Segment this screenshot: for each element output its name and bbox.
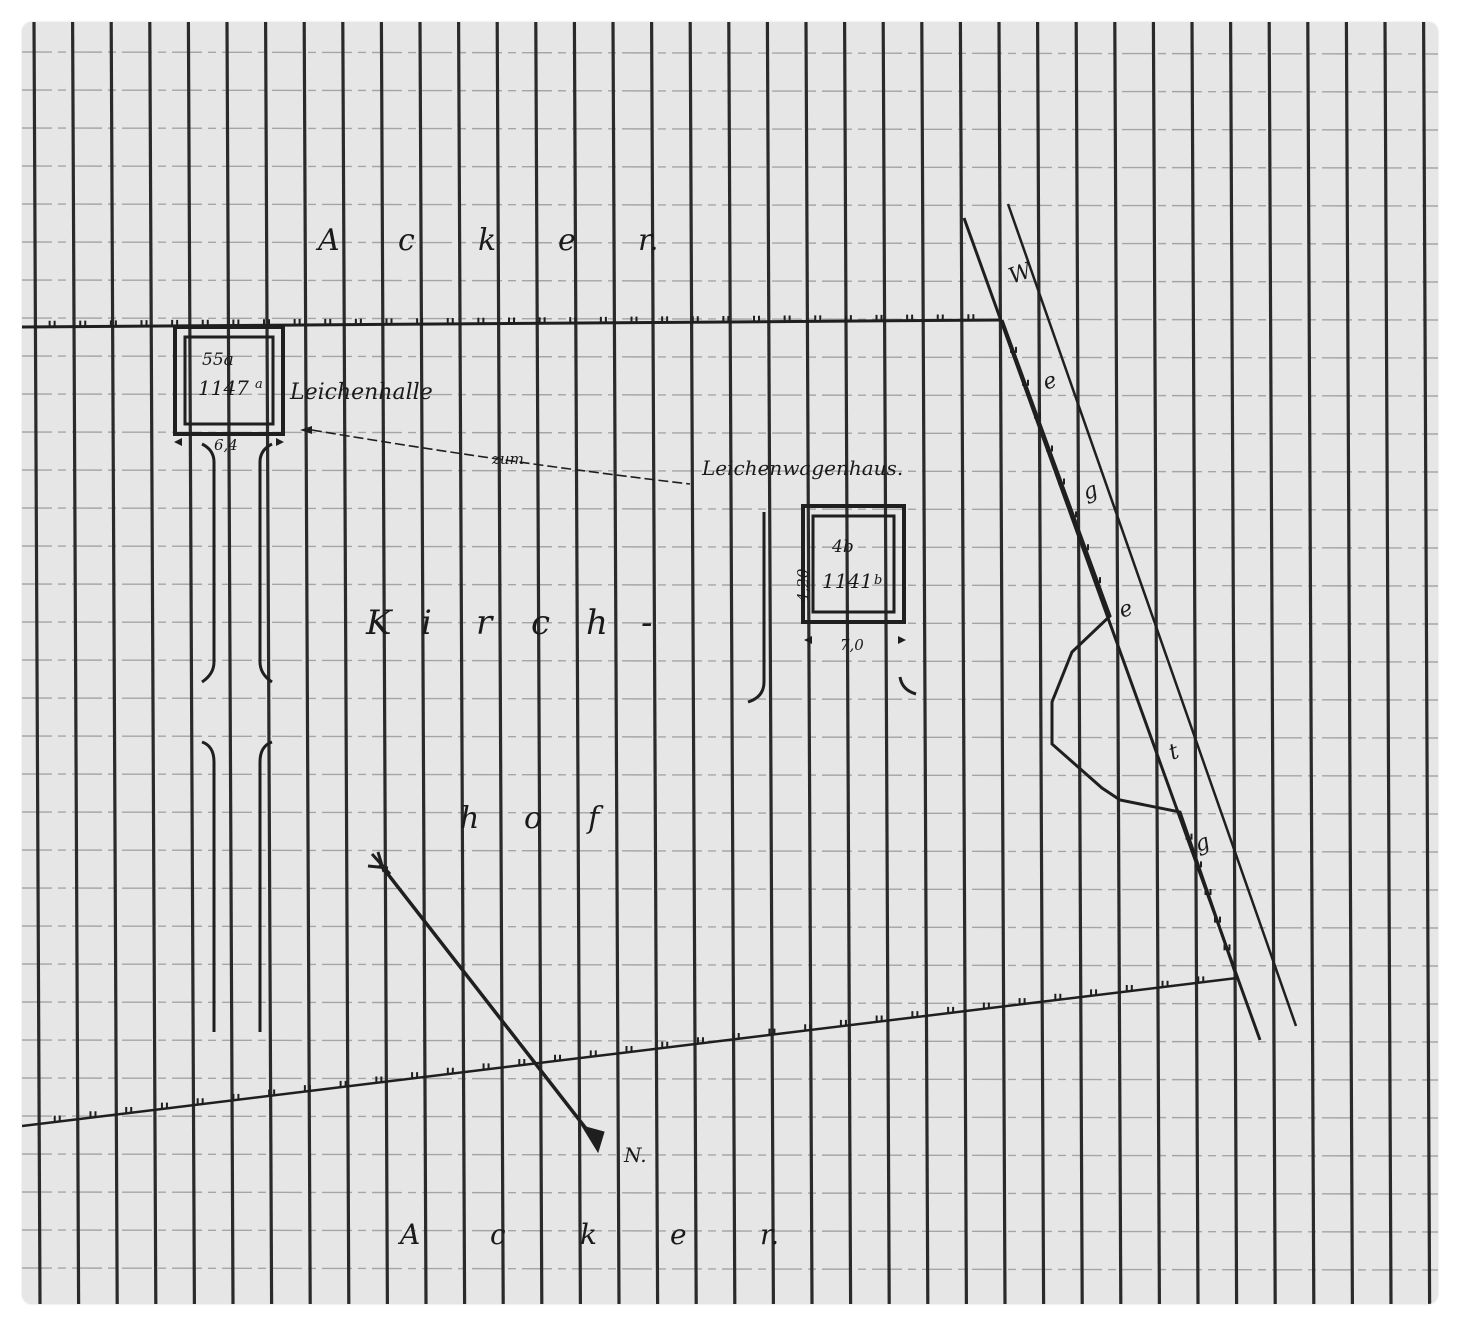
- field-label-top: Acker.: [315, 223, 659, 258]
- label-letter: c: [398, 223, 415, 258]
- road-letter: g: [1080, 477, 1102, 505]
- leichenwagenhaus-width-dimension: 7,0: [840, 636, 864, 654]
- label-letter: -: [641, 603, 653, 643]
- label-letter: r: [476, 603, 494, 643]
- leichenhalle-label: Leichenhalle: [289, 380, 433, 405]
- leichenhalle-parcel-top: 55a: [202, 350, 234, 370]
- leichenwagenhaus-label: Leichenwagenhaus.: [701, 456, 903, 480]
- top-boundary-line: [22, 320, 1002, 327]
- leichenhalle-width-dimension: 6,4: [214, 436, 238, 454]
- label-letter: h: [586, 603, 608, 643]
- leichenhalle-parcel-suffix: a: [255, 377, 263, 392]
- label-letter: o: [524, 801, 542, 836]
- site-plan-drawing: 55a 1147 a Leichenhalle 6,4 zum Leichenw…: [22, 22, 1438, 1304]
- vertical-grid-lines: [34, 22, 1430, 1304]
- leichenwagenhaus-parcel-top: 4b: [831, 537, 854, 557]
- label-letter: k: [580, 1218, 597, 1251]
- label-letter: e: [558, 223, 576, 258]
- label-letter: K: [365, 603, 394, 643]
- bottom-boundary-line: [22, 978, 1237, 1126]
- road-letters: Wegetg: [1006, 258, 1214, 858]
- path-label: zum: [491, 450, 524, 468]
- label-letter: k: [478, 223, 496, 258]
- road-letter: e: [1040, 368, 1061, 396]
- label-letter: r.: [760, 1218, 779, 1251]
- label-letter: A: [315, 223, 340, 258]
- road-edge-lines: [964, 204, 1296, 1040]
- label-letter: c: [490, 1218, 506, 1251]
- building-leichenwagenhaus[interactable]: [803, 506, 904, 622]
- leichenwagenhaus-side-dimension: 4,20: [794, 568, 812, 603]
- label-letter: r.: [638, 223, 659, 258]
- leichenhalle-parcel-number: 1147: [198, 376, 249, 400]
- leichenwagenhaus-parcel-number: 1141: [822, 569, 873, 593]
- label-letter: f: [586, 801, 604, 836]
- field-label-bottom: Acker.: [397, 1218, 779, 1251]
- label-letter: A: [397, 1218, 420, 1251]
- label-letter: c: [531, 603, 550, 643]
- label-letter: e: [670, 1218, 687, 1251]
- label-letter: i: [421, 603, 432, 643]
- churchyard-label-hof: hof: [460, 801, 604, 836]
- north-arrow-label: N.: [623, 1143, 647, 1167]
- road-letter: t: [1166, 739, 1183, 766]
- north-arrow: [368, 852, 604, 1152]
- leichenwagenhaus-parcel-suffix: b: [874, 573, 882, 588]
- label-letter: h: [460, 801, 479, 836]
- map-sheet: 55a 1147 a Leichenhalle 6,4 zum Leichenw…: [22, 22, 1438, 1304]
